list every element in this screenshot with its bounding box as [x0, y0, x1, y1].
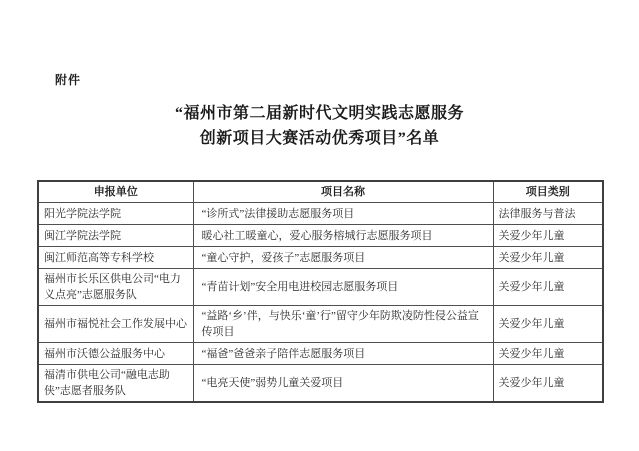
unit-cell: 闽江学院法学院 — [38, 225, 193, 247]
category-cell: 关爱少年儿童 — [493, 225, 603, 247]
document-title-line1: “福州市第二届新时代文明实践志愿服务 — [0, 101, 639, 126]
category-cell: 关爱少年儿童 — [493, 247, 603, 269]
unit-cell: 阳光学院法学院 — [38, 203, 193, 225]
table-row: 闽江学院法学院 暖心社工暖童心，爱心服务榕城行志愿服务项目 关爱少年儿童 — [38, 225, 603, 247]
category-cell: 关爱少年儿童 — [493, 269, 603, 306]
project-cell: “益路‘乡’伴，与快乐‘童’行”留守少年防欺凌防性侵公益宣传项目 — [193, 306, 493, 343]
table-row: 闽江师范高等专科学校 “童心守护，爱孩子”志愿服务项目 关爱少年儿童 — [38, 247, 603, 269]
table-header-row: 申报单位 项目名称 项目类别 — [38, 181, 603, 203]
table-header-project: 项目名称 — [193, 181, 493, 203]
table-header-category: 项目类别 — [493, 181, 603, 203]
unit-cell: 福州市沃德公益服务中心 — [38, 343, 193, 365]
table-row: 福州市沃德公益服务中心 “福爸”爸爸亲子陪伴志愿服务项目 关爱少年儿童 — [38, 343, 603, 365]
table-row: 福州市长乐区供电公司“电力义点亮”志愿服务队 “青苗计划”安全用电进校园志愿服务… — [38, 269, 603, 306]
category-cell: 关爱少年儿童 — [493, 365, 603, 403]
category-cell: 法律服务与普法 — [493, 203, 603, 225]
project-cell: “诊所式”法律援助志愿服务项目 — [193, 203, 493, 225]
table-row: 福清市供电公司“融电志助侠”志愿者服务队 “电亮天使”弱势儿童关爱项目 关爱少年… — [38, 365, 603, 403]
attachment-label: 附件 — [55, 71, 81, 88]
category-cell: 关爱少年儿童 — [493, 306, 603, 343]
project-cell: “福爸”爸爸亲子陪伴志愿服务项目 — [193, 343, 493, 365]
project-cell: “青苗计划”安全用电进校园志愿服务项目 — [193, 269, 493, 306]
table-header-unit: 申报单位 — [38, 181, 193, 203]
category-cell: 关爱少年儿童 — [493, 343, 603, 365]
unit-cell: 闽江师范高等专科学校 — [38, 247, 193, 269]
document-title-line2: 创新项目大赛活动优秀项目”名单 — [0, 126, 639, 151]
unit-cell: 福州市福悦社会工作发展中心 — [38, 306, 193, 343]
unit-cell: 福清市供电公司“融电志助侠”志愿者服务队 — [38, 365, 193, 403]
unit-cell: 福州市长乐区供电公司“电力义点亮”志愿服务队 — [38, 269, 193, 306]
table-row: 福州市福悦社会工作发展中心 “益路‘乡’伴，与快乐‘童’行”留守少年防欺凌防性侵… — [38, 306, 603, 343]
document-title: “福州市第二届新时代文明实践志愿服务 创新项目大赛活动优秀项目”名单 — [0, 101, 639, 151]
awards-table: 申报单位 项目名称 项目类别 阳光学院法学院 “诊所式”法律援助志愿服务项目 法… — [37, 180, 604, 403]
table-row: 阳光学院法学院 “诊所式”法律援助志愿服务项目 法律服务与普法 — [38, 203, 603, 225]
project-cell: 暖心社工暖童心，爱心服务榕城行志愿服务项目 — [193, 225, 493, 247]
project-cell: “童心守护，爱孩子”志愿服务项目 — [193, 247, 493, 269]
project-cell: “电亮天使”弱势儿童关爱项目 — [193, 365, 493, 403]
